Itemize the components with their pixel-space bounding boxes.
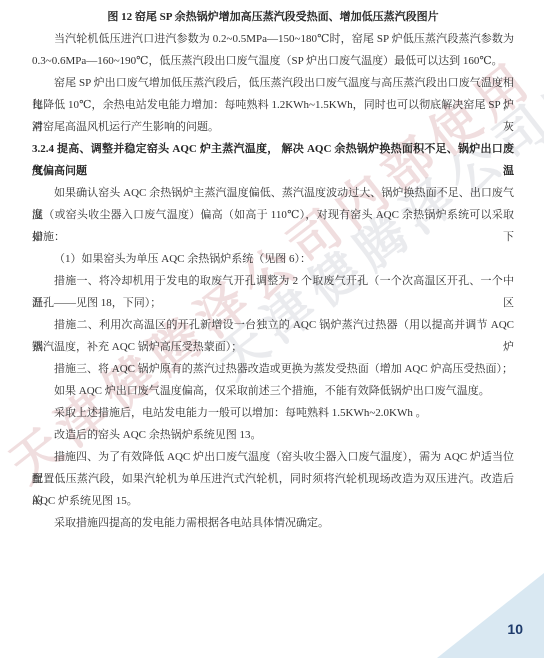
corner-triangle-decoration bbox=[437, 573, 544, 658]
text-line: 每降低 10℃，余热电站发电能力增加：每吨熟料 1.2KWh~1.5KWh，同时… bbox=[32, 94, 514, 116]
text-line: 措施四、为了有效降低 AQC 炉出口废气温度（窑头收尘器入口废气温度），需为 A… bbox=[32, 446, 514, 468]
text-line: 窑尾 SP 炉出口废气增加低压蒸汽段后，低压蒸汽段出口废气温度与高压蒸汽段出口废… bbox=[32, 72, 514, 94]
text-line: 措施三、将 AQC 锅炉原有的蒸汽过热器改造或更换为蒸发受热面（增加 AQC 炉… bbox=[32, 358, 514, 380]
text-line: 如果确认窑头 AQC 余热锅炉主蒸汽温度偏低、蒸汽温度波动过大、锅炉换热面不足、… bbox=[32, 182, 514, 204]
text-line: 0.3~0.6MPa—160~190℃，低压蒸汽段出口废气温度（SP 炉出口废气… bbox=[32, 50, 514, 72]
page-number: 10 bbox=[507, 621, 523, 637]
text-line: 采取措施四提高的发电能力需根据各电站具体情况确定。 bbox=[32, 512, 514, 534]
text-line: 配置低压蒸汽段，如果汽轮机为单压进汽式汽轮机，同时须将汽轮机现场改造为双压进汽。… bbox=[32, 468, 514, 490]
text-line: 度（或窑头收尘器入口废气温度）偏高（如高于 110℃），对现有窑头 AQC 余热… bbox=[32, 204, 514, 226]
text-line: AQC 炉系统见图 15。 bbox=[32, 490, 514, 512]
text-line: 改造后的窑头 AQC 余热锅炉系统见图 13。 bbox=[32, 424, 514, 446]
text-line: 措施二、利用次高温区的开孔新增设一台独立的 AQC 锅炉蒸汽过热器（用以提高并调… bbox=[32, 314, 514, 336]
text-line: 措施一、将冷却机用于发电的取废气开孔调整为 2 个取废气开孔（一个次高温区开孔、… bbox=[32, 270, 514, 292]
document-page: 天津健腾泽公司内部使用 天津健腾泽公司内部使用 图 12 窑尾 SP 余热锅炉增… bbox=[0, 0, 544, 658]
text-line: 采取上述措施后，电站发电能力一般可以增加：每吨熟料 1.5KWh~2.0KWh … bbox=[32, 402, 514, 424]
document-content: 图 12 窑尾 SP 余热锅炉增加高压蒸汽段受热面、增加低压蒸汽段图片当汽轮机低… bbox=[32, 6, 514, 534]
text-line: （1）如果窑头为单压 AQC 余热锅炉系统（见图 6）： bbox=[32, 248, 514, 270]
text-line: 当汽轮机低压进汽口进汽参数为 0.2~0.5MPa—150~180℃时，窑尾 S… bbox=[32, 28, 514, 50]
text-line: 图 12 窑尾 SP 余热锅炉增加高压蒸汽段受热面、增加低压蒸汽段图片 bbox=[32, 6, 514, 28]
text-line: 3.2.4 提高、调整并稳定窑头 AQC 炉主蒸汽温度， 解决 AQC 余热锅炉… bbox=[32, 138, 514, 160]
text-line: 如果 AQC 炉出口废气温度偏高，仅采取前述三个措施，不能有效降低锅炉出口废气温… bbox=[32, 380, 514, 402]
